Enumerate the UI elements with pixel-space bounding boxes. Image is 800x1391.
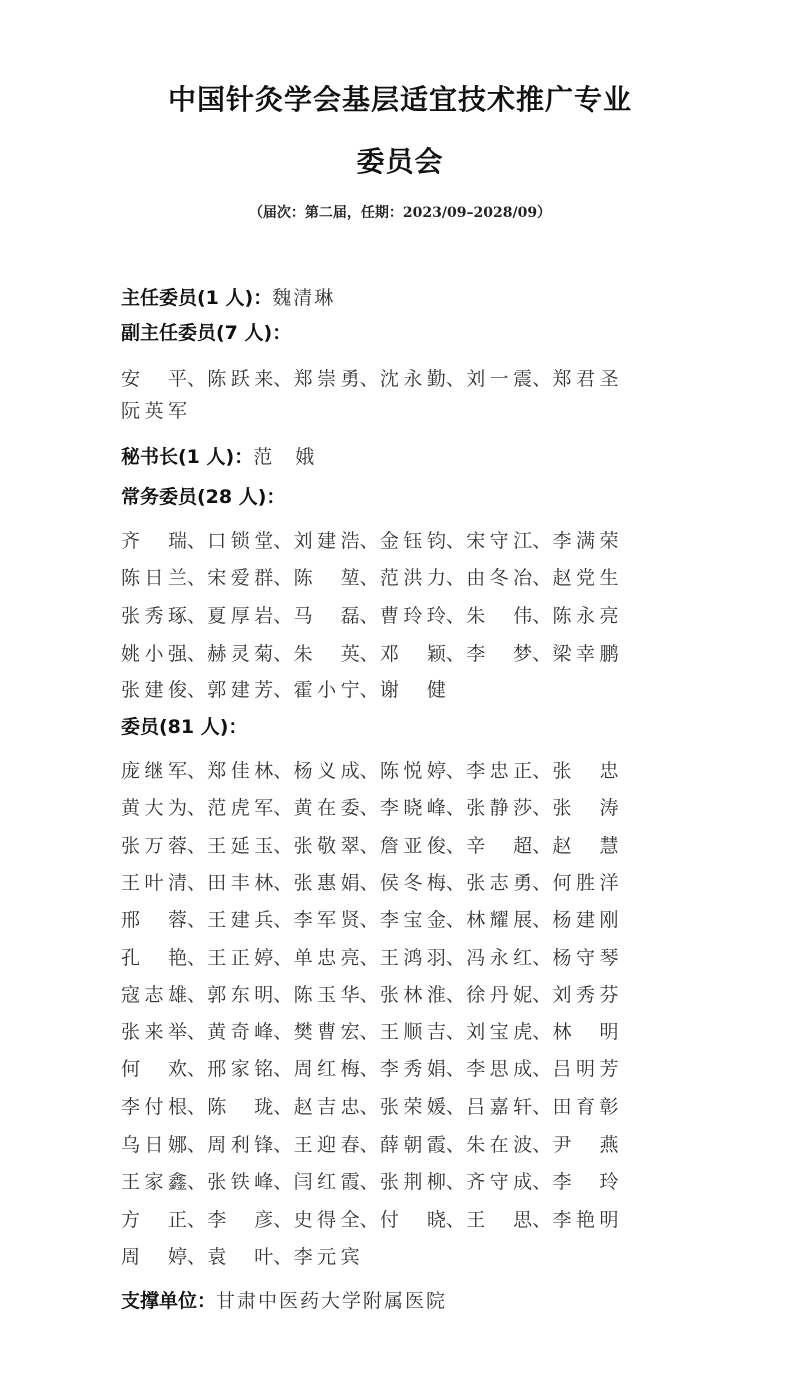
separator: 、 xyxy=(446,1093,466,1121)
person-name: 何胜洋 xyxy=(552,869,638,897)
separator: 、 xyxy=(360,1131,380,1159)
separator: 、 xyxy=(187,527,207,555)
secretary-general-label: 秘书长(1 人)： xyxy=(121,446,253,468)
person-name: 乌日娜、 xyxy=(121,1131,207,1159)
separator: 、 xyxy=(446,906,466,934)
person-name: 陈跃来、 xyxy=(207,365,293,393)
members-section: 委员(81 人)： xyxy=(121,713,247,741)
person-name: 薛朝霞、 xyxy=(380,1131,466,1159)
person-name: 张荣媛、 xyxy=(380,1093,466,1121)
person-name: 郭东明、 xyxy=(207,981,293,1009)
separator: 、 xyxy=(360,906,380,934)
separator: 、 xyxy=(187,944,207,972)
person-name: 马磊、 xyxy=(294,602,380,630)
person-name: 周婷、 xyxy=(121,1243,207,1271)
person-name: 王建兵、 xyxy=(207,906,293,934)
person-name: 张来举、 xyxy=(121,1018,207,1046)
person-name: 刘宝虎、 xyxy=(466,1018,552,1046)
separator: 、 xyxy=(273,1018,293,1046)
director-section: 主任委员(1 人)：魏清琳 xyxy=(121,284,335,312)
separator: 、 xyxy=(532,906,552,934)
person-name: 李彦、 xyxy=(207,1206,293,1234)
person-name: 陈玉华、 xyxy=(294,981,380,1009)
separator: 、 xyxy=(532,564,552,592)
person-name: 陈悦婷、 xyxy=(380,757,466,785)
person-name: 田丰林、 xyxy=(207,869,293,897)
person-name: 李付根、 xyxy=(121,1093,207,1121)
separator: 、 xyxy=(532,794,552,822)
name-row: 邢蓉、王建兵、李军贤、李宝金、林耀展、杨建刚 xyxy=(121,906,639,934)
person-name: 夏厚岩、 xyxy=(207,602,293,630)
person-name: 张忠 xyxy=(552,757,638,785)
separator: 、 xyxy=(273,602,293,630)
person-name: 冯永红、 xyxy=(466,944,552,972)
separator: 、 xyxy=(360,527,380,555)
separator: 、 xyxy=(273,1243,293,1271)
separator: 、 xyxy=(187,1093,207,1121)
separator: 、 xyxy=(187,1018,207,1046)
person-name: 李满荣 xyxy=(552,527,638,555)
name-row: 庞继军、郑佳林、杨义成、陈悦婷、李忠正、张忠 xyxy=(121,757,639,785)
separator: 、 xyxy=(532,1018,552,1046)
director-name: 魏清琳 xyxy=(272,287,335,309)
separator: 、 xyxy=(360,676,380,704)
person-name: 赵党生 xyxy=(552,564,638,592)
person-name: 李晓峰、 xyxy=(380,794,466,822)
supporting-unit-name: 甘肃中医药大学附属医院 xyxy=(216,1290,447,1312)
separator: 、 xyxy=(446,832,466,860)
person-name: 邓颖、 xyxy=(380,640,466,668)
separator: 、 xyxy=(273,1206,293,1234)
separator: 、 xyxy=(532,981,552,1009)
separator: 、 xyxy=(532,1168,552,1196)
person-name: 张敬翠、 xyxy=(294,832,380,860)
person-name: 方正、 xyxy=(121,1206,207,1234)
person-name: 侯冬梅、 xyxy=(380,869,466,897)
person-name: 张惠娟、 xyxy=(294,869,380,897)
person-name: 吕明芳 xyxy=(552,1055,638,1083)
name-row: 张建俊、郭建芳、霍小宁、谢健 xyxy=(121,676,466,704)
separator: 、 xyxy=(532,869,552,897)
person-name: 付晓、 xyxy=(380,1206,466,1234)
name-row: 王家鑫、张铁峰、闫红霞、张荆柳、齐守成、李玲 xyxy=(121,1168,639,1196)
separator: 、 xyxy=(532,602,552,630)
person-name: 单忠亮、 xyxy=(294,944,380,972)
vice-directors-section: 副主任委员(7 人)： xyxy=(121,319,291,347)
person-name: 陈堃、 xyxy=(294,564,380,592)
separator: 、 xyxy=(446,1168,466,1196)
name-row: 孔艳、王正婷、单忠亮、王鸿羽、冯永红、杨守琴 xyxy=(121,944,639,972)
separator: 、 xyxy=(360,1168,380,1196)
person-name: 杨守琴 xyxy=(552,944,638,972)
person-name: 樊曹宏、 xyxy=(294,1018,380,1046)
name-row: 张来举、黄奇峰、樊曹宏、王顺吉、刘宝虎、林明 xyxy=(121,1018,639,1046)
person-name: 张建俊、 xyxy=(121,676,207,704)
separator: 、 xyxy=(273,1055,293,1083)
secretary-general-name: 范 娥 xyxy=(253,446,316,468)
separator: 、 xyxy=(360,944,380,972)
separator: 、 xyxy=(446,640,466,668)
person-name: 齐守成、 xyxy=(466,1168,552,1196)
separator: 、 xyxy=(273,832,293,860)
separator: 、 xyxy=(187,1206,207,1234)
person-name: 刘秀芬 xyxy=(552,981,638,1009)
separator: 、 xyxy=(532,757,552,785)
person-name: 赫灵菊、 xyxy=(207,640,293,668)
separator: 、 xyxy=(360,1206,380,1234)
separator: 、 xyxy=(446,757,466,785)
person-name: 李宝金、 xyxy=(380,906,466,934)
separator: 、 xyxy=(273,564,293,592)
person-name: 王正婷、 xyxy=(207,944,293,972)
separator: 、 xyxy=(532,1055,552,1083)
name-row: 齐瑞、口锁堂、刘建浩、金钰钧、宋守江、李满荣 xyxy=(121,527,639,555)
separator: 、 xyxy=(187,365,207,393)
person-name: 何欢、 xyxy=(121,1055,207,1083)
person-name: 金钰钧、 xyxy=(380,527,466,555)
person-name: 王鸿羽、 xyxy=(380,944,466,972)
person-name: 刘建浩、 xyxy=(294,527,380,555)
person-name: 李艳明 xyxy=(552,1206,638,1234)
separator: 、 xyxy=(187,1168,207,1196)
person-name: 由冬冶、 xyxy=(466,564,552,592)
person-name: 朱伟、 xyxy=(466,602,552,630)
separator: 、 xyxy=(187,869,207,897)
name-row: 安平、陈跃来、郑崇勇、沈永勤、刘一震、郑君圣 xyxy=(121,365,639,393)
name-row: 张秀琢、夏厚岩、马磊、曹玲玲、朱伟、陈永亮 xyxy=(121,602,639,630)
name-row: 阮英军 xyxy=(121,397,207,425)
person-name: 安平、 xyxy=(121,365,207,393)
separator: 、 xyxy=(360,1055,380,1083)
person-name: 李思成、 xyxy=(466,1055,552,1083)
person-name: 朱在波、 xyxy=(466,1131,552,1159)
separator: 、 xyxy=(446,1131,466,1159)
person-name: 梁幸鹏 xyxy=(552,640,638,668)
separator: 、 xyxy=(187,757,207,785)
separator: 、 xyxy=(273,640,293,668)
person-name: 周利锋、 xyxy=(207,1131,293,1159)
person-name: 黄在委、 xyxy=(294,794,380,822)
separator: 、 xyxy=(273,1093,293,1121)
person-name: 尹燕 xyxy=(552,1131,638,1159)
separator: 、 xyxy=(187,794,207,822)
person-name: 林耀展、 xyxy=(466,906,552,934)
separator: 、 xyxy=(532,1093,552,1121)
separator: 、 xyxy=(532,365,552,393)
separator: 、 xyxy=(187,1055,207,1083)
person-name: 口锁堂、 xyxy=(207,527,293,555)
separator: 、 xyxy=(532,1206,552,1234)
person-name: 王叶清、 xyxy=(121,869,207,897)
person-name: 郑崇勇、 xyxy=(294,365,380,393)
name-row: 李付根、陈珑、赵吉忠、张荣媛、吕嘉轩、田育彰 xyxy=(121,1093,639,1121)
person-name: 朱英、 xyxy=(294,640,380,668)
separator: 、 xyxy=(273,1168,293,1196)
person-name: 宋守江、 xyxy=(466,527,552,555)
separator: 、 xyxy=(273,676,293,704)
separator: 、 xyxy=(187,1243,207,1271)
person-name: 田育彰 xyxy=(552,1093,638,1121)
separator: 、 xyxy=(360,640,380,668)
person-name: 张志勇、 xyxy=(466,869,552,897)
name-row: 方正、李彦、史得全、付晓、王思、李艳明 xyxy=(121,1206,639,1234)
separator: 、 xyxy=(187,1131,207,1159)
members-label: 委员(81 人)： xyxy=(121,716,247,738)
separator: 、 xyxy=(360,365,380,393)
person-name: 赵慧 xyxy=(552,832,638,860)
name-row: 寇志雄、郭东明、陈玉华、张林淮、徐丹妮、刘秀芬 xyxy=(121,981,639,1009)
person-name: 黄奇峰、 xyxy=(207,1018,293,1046)
separator: 、 xyxy=(187,906,207,934)
person-name: 周红梅、 xyxy=(294,1055,380,1083)
separator: 、 xyxy=(187,832,207,860)
person-name: 李秀娟、 xyxy=(380,1055,466,1083)
person-name: 阮英军 xyxy=(121,397,207,425)
separator: 、 xyxy=(360,869,380,897)
person-name: 王迎春、 xyxy=(294,1131,380,1159)
separator: 、 xyxy=(273,365,293,393)
person-name: 李军贤、 xyxy=(294,906,380,934)
person-name: 詹亚俊、 xyxy=(380,832,466,860)
person-name: 王延玉、 xyxy=(207,832,293,860)
separator: 、 xyxy=(273,757,293,785)
separator: 、 xyxy=(187,564,207,592)
person-name: 宋爱群、 xyxy=(207,564,293,592)
person-name: 范虎军、 xyxy=(207,794,293,822)
person-name: 王思、 xyxy=(466,1206,552,1234)
person-name: 袁叶、 xyxy=(207,1243,293,1271)
director-label: 主任委员(1 人)： xyxy=(121,287,272,309)
person-name: 郑君圣 xyxy=(552,365,638,393)
separator: 、 xyxy=(273,944,293,972)
separator: 、 xyxy=(446,602,466,630)
separator: 、 xyxy=(446,869,466,897)
separator: 、 xyxy=(446,365,466,393)
separator: 、 xyxy=(187,602,207,630)
vice-directors-label: 副主任委员(7 人)： xyxy=(121,322,291,344)
person-name: 曹玲玲、 xyxy=(380,602,466,630)
separator: 、 xyxy=(273,527,293,555)
separator: 、 xyxy=(273,981,293,1009)
name-row: 王叶清、田丰林、张惠娟、侯冬梅、张志勇、何胜洋 xyxy=(121,869,639,897)
person-name: 邢家铭、 xyxy=(207,1055,293,1083)
person-name: 姚小强、 xyxy=(121,640,207,668)
separator: 、 xyxy=(187,981,207,1009)
person-name: 辛超、 xyxy=(466,832,552,860)
document-title-line1: 中国针灸学会基层适宜技术推广专业 xyxy=(0,78,800,118)
separator: 、 xyxy=(360,794,380,822)
person-name: 杨建刚 xyxy=(552,906,638,934)
document-subtitle: （届次：第二届，任期：2023/09–2028/09） xyxy=(0,202,800,222)
person-name: 邢蓉、 xyxy=(121,906,207,934)
person-name: 黄大为、 xyxy=(121,794,207,822)
person-name: 张林淮、 xyxy=(380,981,466,1009)
person-name: 徐丹妮、 xyxy=(466,981,552,1009)
separator: 、 xyxy=(273,794,293,822)
person-name: 陈日兰、 xyxy=(121,564,207,592)
name-row: 姚小强、赫灵菊、朱英、邓颖、李梦、梁幸鹏 xyxy=(121,640,639,668)
name-row: 周婷、袁叶、李元宾 xyxy=(121,1243,380,1271)
person-name: 史得全、 xyxy=(294,1206,380,1234)
name-row: 何欢、邢家铭、周红梅、李秀娟、李思成、吕明芳 xyxy=(121,1055,639,1083)
separator: 、 xyxy=(187,676,207,704)
person-name: 李元宾 xyxy=(294,1243,380,1271)
person-name: 谢健 xyxy=(380,676,466,704)
separator: 、 xyxy=(360,1018,380,1046)
person-name: 李梦、 xyxy=(466,640,552,668)
person-name: 刘一震、 xyxy=(466,365,552,393)
name-row: 黄大为、范虎军、黄在委、李晓峰、张静莎、张涛 xyxy=(121,794,639,822)
separator: 、 xyxy=(446,981,466,1009)
person-name: 闫红霞、 xyxy=(294,1168,380,1196)
separator: 、 xyxy=(360,564,380,592)
person-name: 张静莎、 xyxy=(466,794,552,822)
name-row: 张万蓉、王延玉、张敬翠、詹亚俊、辛超、赵慧 xyxy=(121,832,639,860)
person-name: 杨义成、 xyxy=(294,757,380,785)
separator: 、 xyxy=(446,1018,466,1046)
standing-members-label: 常务委员(28 人)： xyxy=(121,486,285,508)
separator: 、 xyxy=(273,1131,293,1159)
person-name: 陈永亮 xyxy=(552,602,638,630)
person-name: 赵吉忠、 xyxy=(294,1093,380,1121)
person-name: 王家鑫、 xyxy=(121,1168,207,1196)
separator: 、 xyxy=(532,640,552,668)
person-name: 张荆柳、 xyxy=(380,1168,466,1196)
person-name: 吕嘉轩、 xyxy=(466,1093,552,1121)
person-name: 寇志雄、 xyxy=(121,981,207,1009)
person-name: 郑佳林、 xyxy=(207,757,293,785)
separator: 、 xyxy=(532,527,552,555)
separator: 、 xyxy=(446,944,466,972)
name-row: 陈日兰、宋爱群、陈堃、范洪力、由冬冶、赵党生 xyxy=(121,564,639,592)
person-name: 李玲 xyxy=(552,1168,638,1196)
separator: 、 xyxy=(360,1093,380,1121)
separator: 、 xyxy=(446,1206,466,1234)
separator: 、 xyxy=(360,981,380,1009)
separator: 、 xyxy=(360,757,380,785)
separator: 、 xyxy=(360,602,380,630)
supporting-unit-section: 支撑单位：甘肃中医药大学附属医院 xyxy=(121,1287,447,1315)
separator: 、 xyxy=(187,640,207,668)
document-title-line2: 委员会 xyxy=(0,140,800,180)
separator: 、 xyxy=(273,906,293,934)
person-name: 林明 xyxy=(552,1018,638,1046)
supporting-unit-label: 支撑单位： xyxy=(121,1290,216,1312)
separator: 、 xyxy=(273,869,293,897)
separator: 、 xyxy=(532,832,552,860)
person-name: 张秀琢、 xyxy=(121,602,207,630)
separator: 、 xyxy=(532,944,552,972)
person-name: 张万蓉、 xyxy=(121,832,207,860)
name-row: 乌日娜、周利锋、王迎春、薛朝霞、朱在波、尹燕 xyxy=(121,1131,639,1159)
person-name: 郭建芳、 xyxy=(207,676,293,704)
person-name: 齐瑞、 xyxy=(121,527,207,555)
separator: 、 xyxy=(446,527,466,555)
person-name: 霍小宁、 xyxy=(294,676,380,704)
person-name: 张铁峰、 xyxy=(207,1168,293,1196)
separator: 、 xyxy=(446,1055,466,1083)
person-name: 庞继军、 xyxy=(121,757,207,785)
separator: 、 xyxy=(446,794,466,822)
separator: 、 xyxy=(360,832,380,860)
person-name: 李忠正、 xyxy=(466,757,552,785)
person-name: 张涛 xyxy=(552,794,638,822)
person-name: 陈珑、 xyxy=(207,1093,293,1121)
separator: 、 xyxy=(532,1131,552,1159)
person-name: 王顺吉、 xyxy=(380,1018,466,1046)
person-name: 孔艳、 xyxy=(121,944,207,972)
person-name: 范洪力、 xyxy=(380,564,466,592)
person-name: 沈永勤、 xyxy=(380,365,466,393)
secretary-general-section: 秘书长(1 人)：范 娥 xyxy=(121,443,316,471)
separator: 、 xyxy=(446,564,466,592)
standing-members-section: 常务委员(28 人)： xyxy=(121,483,285,511)
